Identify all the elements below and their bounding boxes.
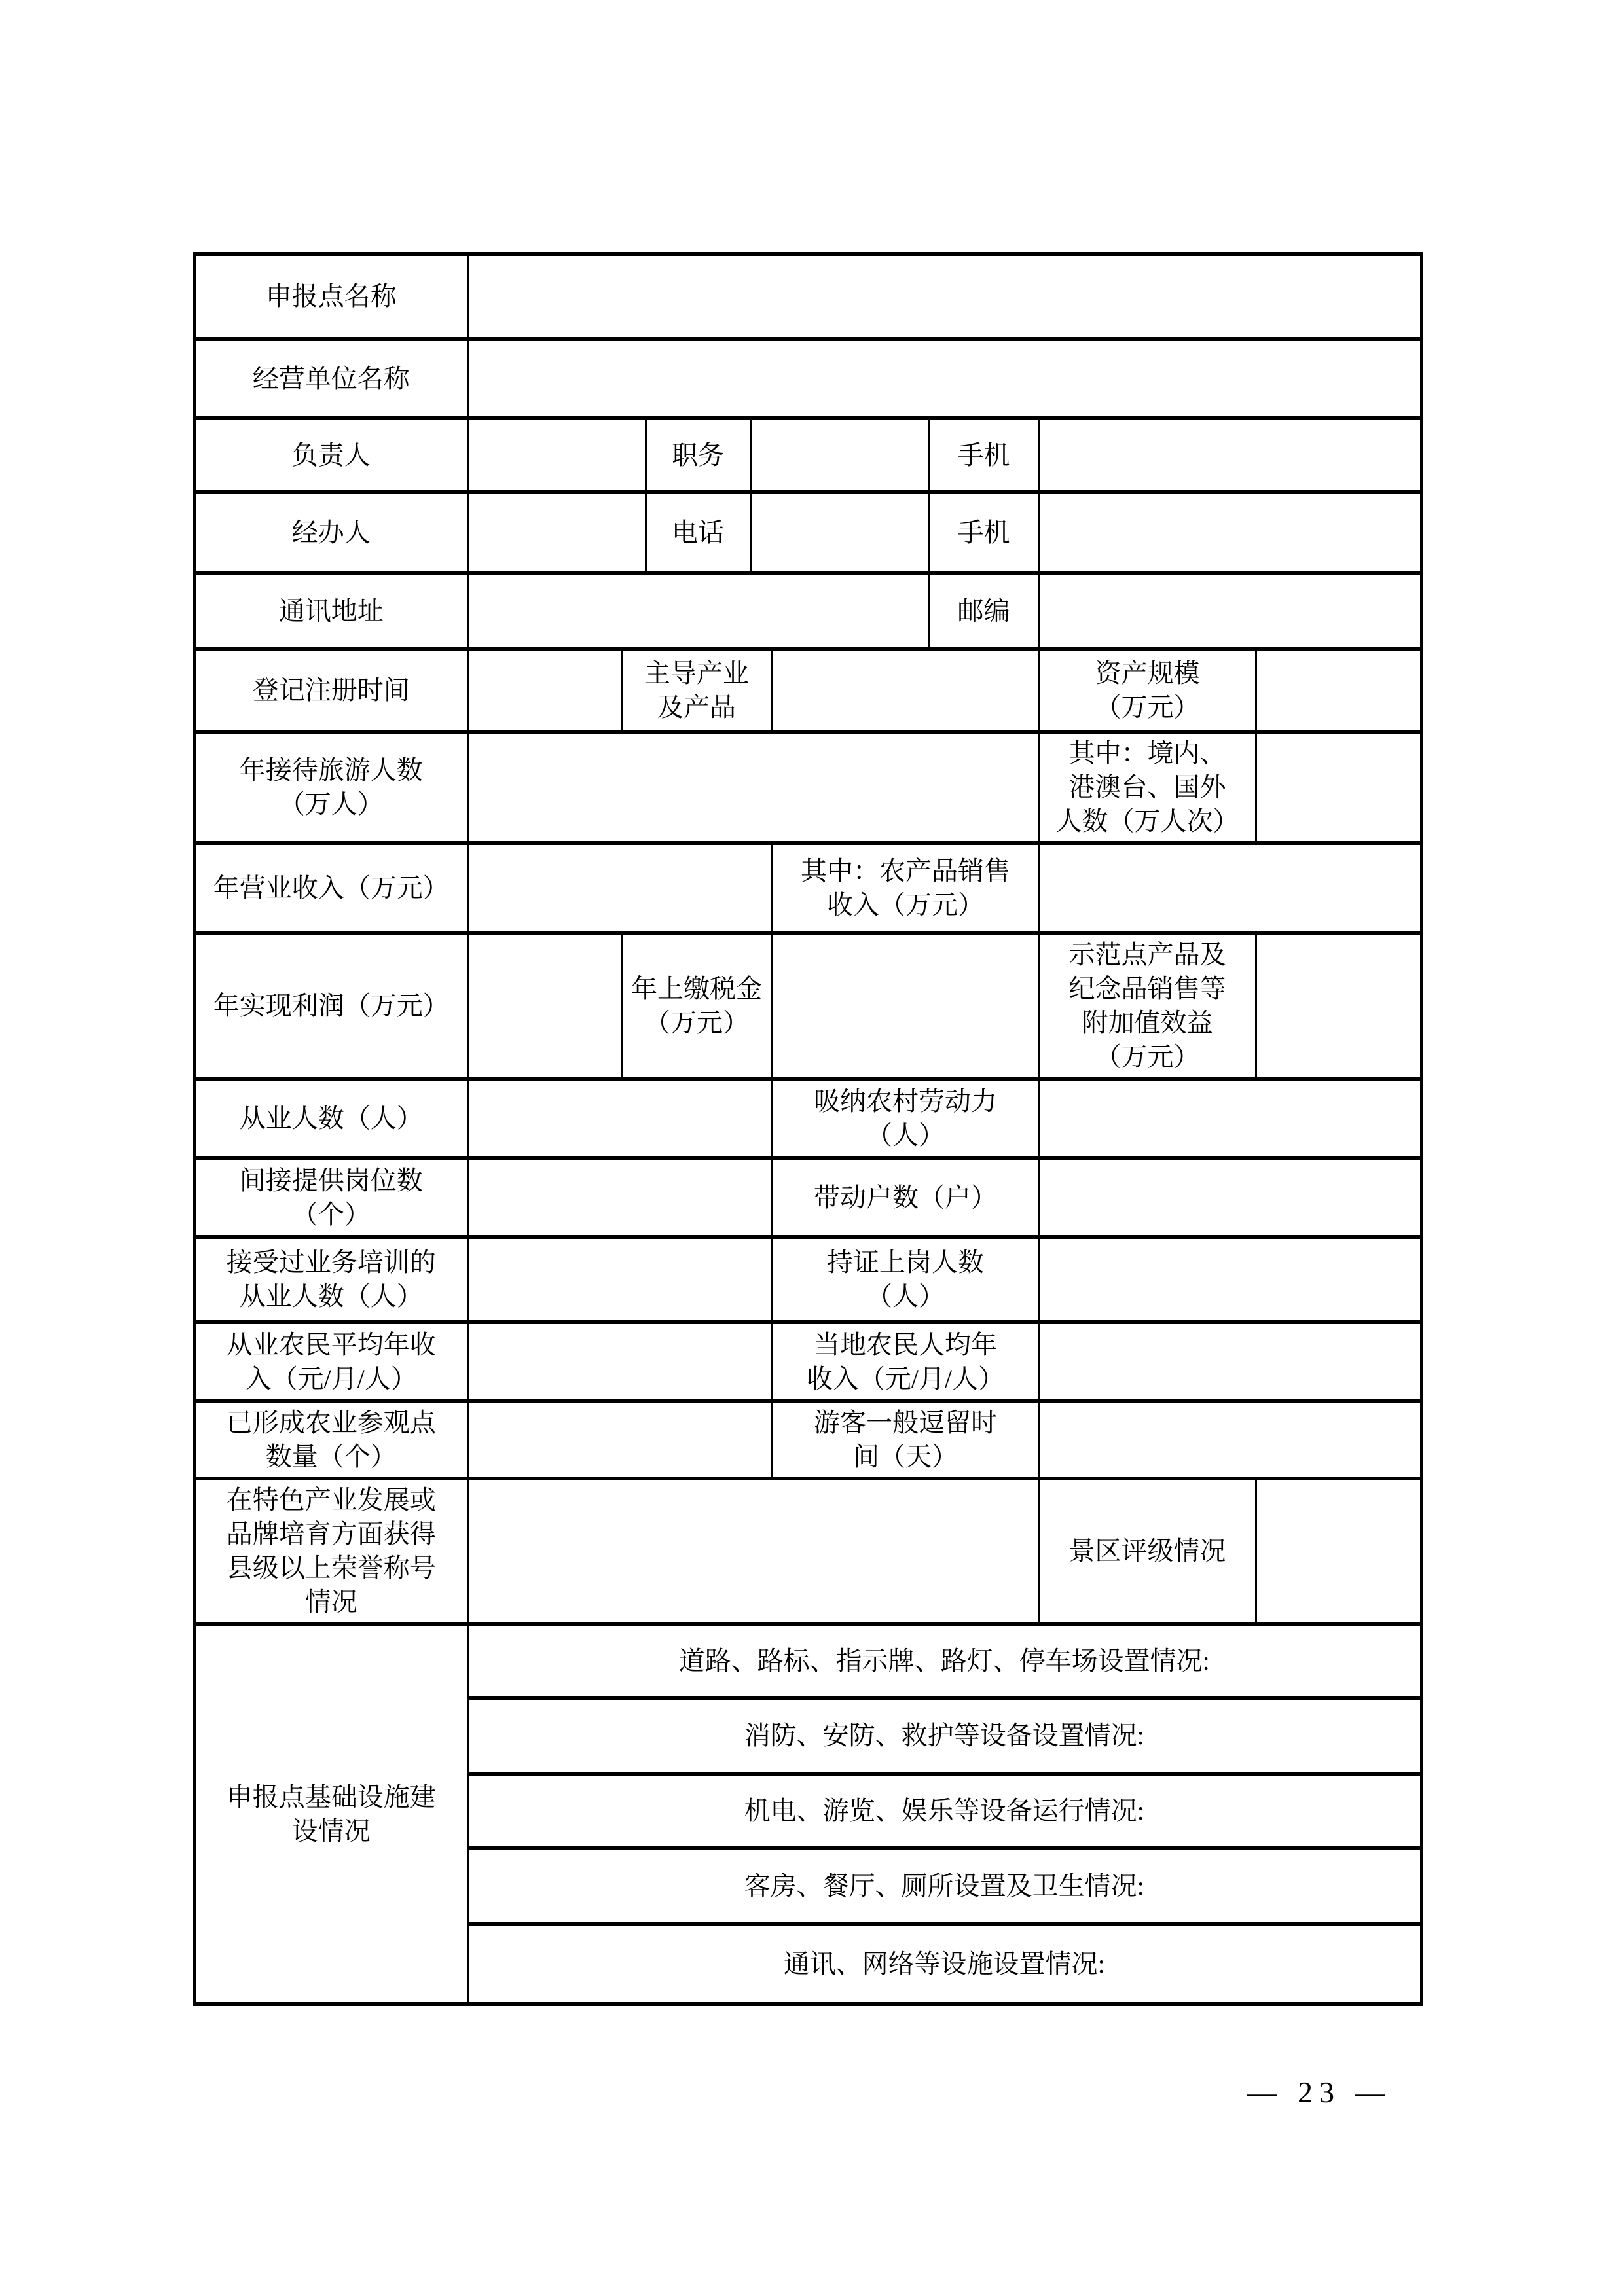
row-infrastructure: 申报点基础设施建 设情况 道路、路标、指示牌、路灯、停车场设置情况: — [194, 1624, 1421, 1698]
row-address: 通讯地址 邮编 — [194, 573, 1421, 649]
label-handler-phone: 电话 — [646, 492, 750, 573]
row-annual-visitors: 年接待旅游人数 （万人） 其中：境内、 港澳台、国外 人数（万人次） — [194, 732, 1421, 843]
infra-item-equipment: 机电、游览、娱乐等设备运行情况: — [467, 1774, 1421, 1848]
label-main-industry: 主导产业 及产品 — [621, 649, 772, 732]
label-handler-mobile: 手机 — [928, 492, 1039, 573]
field-farmer-avg-income — [467, 1322, 772, 1401]
field-handler-name — [467, 492, 646, 573]
row-trained-employees: 接受过业务培训的 从业人数（人） 持证上岗人数 （人） — [194, 1237, 1421, 1322]
label-operator-name: 经营单位名称 — [194, 339, 467, 418]
label-annual-revenue: 年营业收入（万元） — [194, 843, 467, 933]
field-registration-date — [467, 649, 621, 732]
field-annual-profit — [467, 933, 621, 1079]
label-principal-mobile: 手机 — [928, 418, 1039, 492]
field-postal-address — [467, 573, 928, 649]
label-handler: 经办人 — [194, 492, 467, 573]
label-postal-address: 通讯地址 — [194, 573, 467, 649]
field-local-farmer-income — [1039, 1322, 1421, 1401]
field-visitor-stay-time — [1039, 1401, 1421, 1479]
label-honors: 在特色产业发展或 品牌培育方面获得 县级以上荣誉称号 情况 — [194, 1479, 467, 1624]
row-honors: 在特色产业发展或 品牌培育方面获得 县级以上荣誉称号 情况 景区评级情况 — [194, 1479, 1421, 1624]
row-principal: 负责人 职务 手机 — [194, 418, 1421, 492]
field-trained-employees — [467, 1237, 772, 1322]
field-indirect-jobs — [467, 1158, 772, 1237]
field-principal-title — [750, 418, 928, 492]
label-indirect-jobs: 间接提供岗位数 （个） — [194, 1158, 467, 1237]
label-visitor-breakdown: 其中：境内、 港澳台、国外 人数（万人次） — [1039, 732, 1256, 843]
label-farmer-avg-income: 从业农民平均年收 入（元/月/人） — [194, 1322, 467, 1401]
label-local-farmer-income: 当地农民人均年 收入（元/月/人） — [772, 1322, 1039, 1401]
label-principal-title: 职务 — [646, 418, 750, 492]
field-honors — [467, 1479, 1039, 1624]
field-rural-labor — [1039, 1079, 1421, 1158]
row-annual-profit: 年实现利润（万元） 年上缴税金 （万元） 示范点产品及 纪念品销售等 附加值效益… — [194, 933, 1421, 1079]
row-visit-points: 已形成农业参观点 数量（个） 游客一般逗留时 间（天） — [194, 1401, 1421, 1479]
field-visitor-breakdown — [1256, 732, 1421, 843]
field-scenic-rating — [1256, 1479, 1421, 1624]
label-registration-date: 登记注册时间 — [194, 649, 467, 732]
label-certified-staff: 持证上岗人数 （人） — [772, 1237, 1039, 1322]
field-operator-name — [467, 339, 1421, 418]
row-handler: 经办人 电话 手机 — [194, 492, 1421, 573]
field-handler-mobile — [1039, 492, 1421, 573]
label-visitor-stay-time: 游客一般逗留时 间（天） — [772, 1401, 1039, 1479]
field-annual-visitors — [467, 732, 1039, 843]
field-asset-scale — [1256, 649, 1421, 732]
row-registration: 登记注册时间 主导产业 及产品 资产规模 （万元） — [194, 649, 1421, 732]
field-employee-count — [467, 1079, 772, 1158]
field-agri-visit-points — [467, 1401, 772, 1479]
row-site-name: 申报点名称 — [194, 254, 1421, 339]
application-form-table: 申报点名称 经营单位名称 负责人 职务 手机 经办人 电话 手机 通讯地址 邮 — [193, 252, 1423, 2006]
label-driven-households: 带动户数（户） — [772, 1158, 1039, 1237]
label-postcode: 邮编 — [928, 573, 1039, 649]
label-annual-visitors: 年接待旅游人数 （万人） — [194, 732, 467, 843]
document-page: 申报点名称 经营单位名称 负责人 职务 手机 经办人 电话 手机 通讯地址 邮 — [0, 0, 1623, 2296]
label-employee-count: 从业人数（人） — [194, 1079, 467, 1158]
label-asset-scale: 资产规模 （万元） — [1039, 649, 1256, 732]
label-scenic-rating: 景区评级情况 — [1039, 1479, 1256, 1624]
field-driven-households — [1039, 1158, 1421, 1237]
field-handler-phone — [750, 492, 928, 573]
field-annual-revenue — [467, 843, 772, 933]
field-site-name — [467, 254, 1421, 339]
field-agri-sales-income — [1039, 843, 1421, 933]
row-annual-revenue: 年营业收入（万元） 其中：农产品销售 收入（万元） — [194, 843, 1421, 933]
row-operator-name: 经营单位名称 — [194, 339, 1421, 418]
field-added-value-benefit — [1256, 933, 1421, 1079]
label-annual-tax: 年上缴税金 （万元） — [621, 933, 772, 1079]
row-employee-count: 从业人数（人） 吸纳农村劳动力 （人） — [194, 1079, 1421, 1158]
page-number: — 23 — — [1208, 2075, 1431, 2109]
infra-item-network: 通讯、网络等设施设置情况: — [467, 1924, 1421, 2004]
label-agri-visit-points: 已形成农业参观点 数量（个） — [194, 1401, 467, 1479]
row-farmer-income: 从业农民平均年收 入（元/月/人） 当地农民人均年 收入（元/月/人） — [194, 1322, 1421, 1401]
field-annual-tax — [772, 933, 1039, 1079]
field-principal-mobile — [1039, 418, 1421, 492]
row-indirect-jobs: 间接提供岗位数 （个） 带动户数（户） — [194, 1158, 1421, 1237]
label-added-value-benefit: 示范点产品及 纪念品销售等 附加值效益 （万元） — [1039, 933, 1256, 1079]
label-agri-sales-income: 其中：农产品销售 收入（万元） — [772, 843, 1039, 933]
label-annual-profit: 年实现利润（万元） — [194, 933, 467, 1079]
label-infrastructure: 申报点基础设施建 设情况 — [194, 1624, 467, 2004]
label-trained-employees: 接受过业务培训的 从业人数（人） — [194, 1237, 467, 1322]
label-principal: 负责人 — [194, 418, 467, 492]
infra-item-roads: 道路、路标、指示牌、路灯、停车场设置情况: — [467, 1624, 1421, 1698]
field-principal-name — [467, 418, 646, 492]
field-postcode — [1039, 573, 1421, 649]
infra-item-rooms: 客房、餐厅、厕所设置及卫生情况: — [467, 1848, 1421, 1924]
infra-item-fire-safety: 消防、安防、救护等设备设置情况: — [467, 1698, 1421, 1774]
field-main-industry — [772, 649, 1039, 732]
label-rural-labor: 吸纳农村劳动力 （人） — [772, 1079, 1039, 1158]
field-certified-staff — [1039, 1237, 1421, 1322]
label-site-name: 申报点名称 — [194, 254, 467, 339]
